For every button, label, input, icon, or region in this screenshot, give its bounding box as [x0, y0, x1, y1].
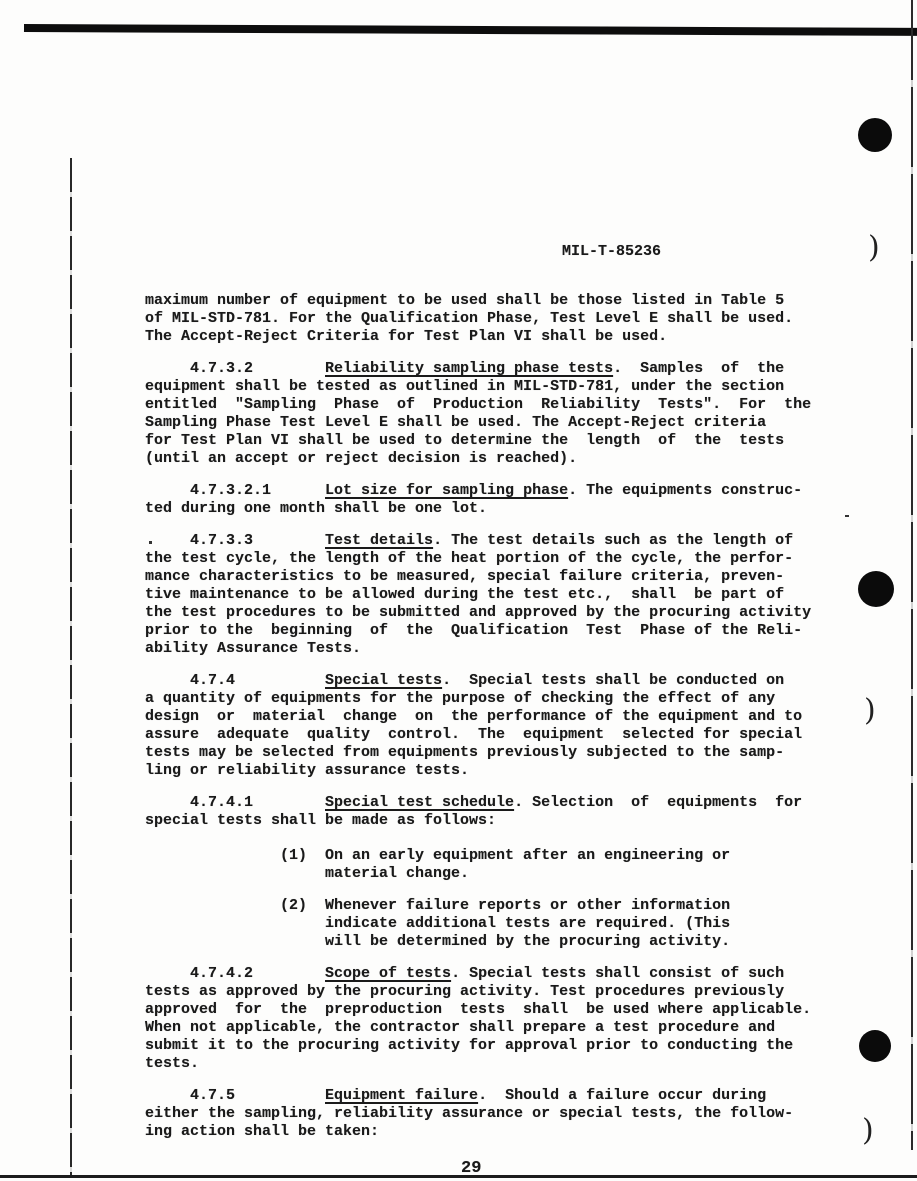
text-line: The Accept-Reject Criteria for Test Plan… [145, 328, 817, 346]
section-title: Special test schedule [325, 794, 514, 811]
text-line: design or material change on the perform… [145, 708, 817, 726]
section-heading-line: 4.7.3.2 Reliability sampling phase tests… [145, 360, 817, 378]
section-title: Reliability sampling phase tests [325, 360, 613, 377]
document-number-header: MIL-T-85236 [562, 243, 661, 260]
text-line: tests. [145, 1055, 817, 1073]
text-line: When not applicable, the contractor shal… [145, 1019, 817, 1037]
section-number: 4.7.3.3 [145, 532, 325, 549]
section-number: 4.7.3.2 [145, 360, 325, 377]
text-line: (until an accept or reject decision is r… [145, 450, 817, 468]
section-4.7.4: 4.7.4 Special tests. Special tests shall… [145, 672, 817, 780]
text-line: the test cycle, the length of the heat p… [145, 550, 817, 568]
section-title: Scope of tests [325, 965, 451, 982]
text-line: (1) On an early equipment after an engin… [145, 847, 817, 865]
text-line: maximum number of equipment to be used s… [145, 292, 817, 310]
section-4.7.3.2: 4.7.3.2 Reliability sampling phase tests… [145, 360, 817, 468]
section-number: 4.7.4.2 [145, 965, 325, 982]
text-line: indicate additional tests are required. … [145, 915, 817, 933]
section-heading-rest: . Special tests shall be conducted on [442, 672, 784, 689]
section-heading-line: 4.7.4.1 Special test schedule. Selection… [145, 794, 817, 812]
scan-left-margin-line [70, 158, 72, 1178]
text-line: for Test Plan VI shall be used to determ… [145, 432, 817, 450]
text-line: of MIL-STD-781. For the Qualification Ph… [145, 310, 817, 328]
text-line: tests as approved by the procuring activ… [145, 983, 817, 1001]
text-line: ability Assurance Tests. [145, 640, 817, 658]
text-line: either the sampling, reliability assuran… [145, 1105, 817, 1123]
hole-punch-mark [859, 1030, 891, 1062]
section-heading-rest: . Samples of the [613, 360, 784, 377]
section-heading-line: 4.7.3.3 Test details. The test details s… [145, 532, 817, 550]
text-line: prior to the beginning of the Qualificat… [145, 622, 817, 640]
text-line: a quantity of equipments for the purpose… [145, 690, 817, 708]
section-4.7.3.3: 4.7.3.3 Test details. The test details s… [145, 532, 817, 658]
section-heading-line: 4.7.4 Special tests. Special tests shall… [145, 672, 817, 690]
section-number: 4.7.3.2.1 [145, 482, 325, 499]
hole-punch-mark [858, 571, 894, 607]
section-number: 4.7.5 [145, 1087, 325, 1104]
section-title: Special tests [325, 672, 442, 689]
document-body: maximum number of equipment to be used s… [145, 292, 817, 1141]
text-line: ling or reliability assurance tests. [145, 762, 817, 780]
scan-artifact-mark [845, 515, 849, 517]
text-line: submit it to the procuring activity for … [145, 1037, 817, 1055]
text-line: entitled "Sampling Phase of Production R… [145, 396, 817, 414]
section-4.7.4.2: 4.7.4.2 Scope of tests. Special tests sh… [145, 965, 817, 1073]
scan-right-edge-line [911, 0, 913, 1150]
section-heading-line: 4.7.5 Equipment failure. Should a failur… [145, 1087, 817, 1105]
section-title: Equipment failure [325, 1087, 478, 1104]
text-line: approved for the preproduction tests sha… [145, 1001, 817, 1019]
section-number: 4.7.4 [145, 672, 325, 689]
intro-paragraph: maximum number of equipment to be used s… [145, 292, 817, 346]
list-item-1: (1) On an early equipment after an engin… [145, 847, 817, 883]
section-heading-rest: . The test details such as the length of [433, 532, 793, 549]
text-line: special tests shall be made as follows: [145, 812, 817, 830]
section-4.7.5: 4.7.5 Equipment failure. Should a failur… [145, 1087, 817, 1141]
section-4.7.3.2.1: 4.7.3.2.1 Lot size for sampling phase. T… [145, 482, 817, 518]
text-line: Sampling Phase Test Level E shall be use… [145, 414, 817, 432]
scan-bottom-border [0, 1175, 917, 1178]
scan-paren-mark: ) [862, 1116, 874, 1146]
list-item-2: (2) Whenever failure reports or other in… [145, 897, 817, 951]
section-title: Test details [325, 532, 433, 549]
text-line: the test procedures to be submitted and … [145, 604, 817, 622]
text-line: material change. [145, 865, 817, 883]
section-heading-line: 4.7.4.2 Scope of tests. Special tests sh… [145, 965, 817, 983]
section-heading-line: 4.7.3.2.1 Lot size for sampling phase. T… [145, 482, 817, 500]
scan-paren-mark: ) [868, 233, 880, 263]
text-line: ted during one month shall be one lot. [145, 500, 817, 518]
section-heading-rest: . Selection of equipments for [514, 794, 802, 811]
text-line: tests may be selected from equipments pr… [145, 744, 817, 762]
text-line: will be determined by the procuring acti… [145, 933, 817, 951]
section-4.7.4.1: 4.7.4.1 Special test schedule. Selection… [145, 794, 817, 830]
scanned-document-page: ) ) ) MIL-T-85236 maximum number of equi… [0, 0, 917, 1181]
section-heading-rest: . Special tests shall consist of such [451, 965, 784, 982]
scan-paren-mark: ) [864, 696, 876, 726]
section-heading-rest: . The equipments construc- [568, 482, 802, 499]
section-title: Lot size for sampling phase [325, 482, 568, 499]
text-line: equipment shall be tested as outlined in… [145, 378, 817, 396]
text-line: assure adequate quality control. The equ… [145, 726, 817, 744]
text-line: ing action shall be taken: [145, 1123, 817, 1141]
text-line: tive maintenance to be allowed during th… [145, 586, 817, 604]
section-heading-rest: . Should a failure occur during [478, 1087, 766, 1104]
text-line: mance characteristics to be measured, sp… [145, 568, 817, 586]
text-line: (2) Whenever failure reports or other in… [145, 897, 817, 915]
section-number: 4.7.4.1 [145, 794, 325, 811]
scan-top-border [24, 24, 917, 36]
hole-punch-mark [858, 118, 892, 152]
